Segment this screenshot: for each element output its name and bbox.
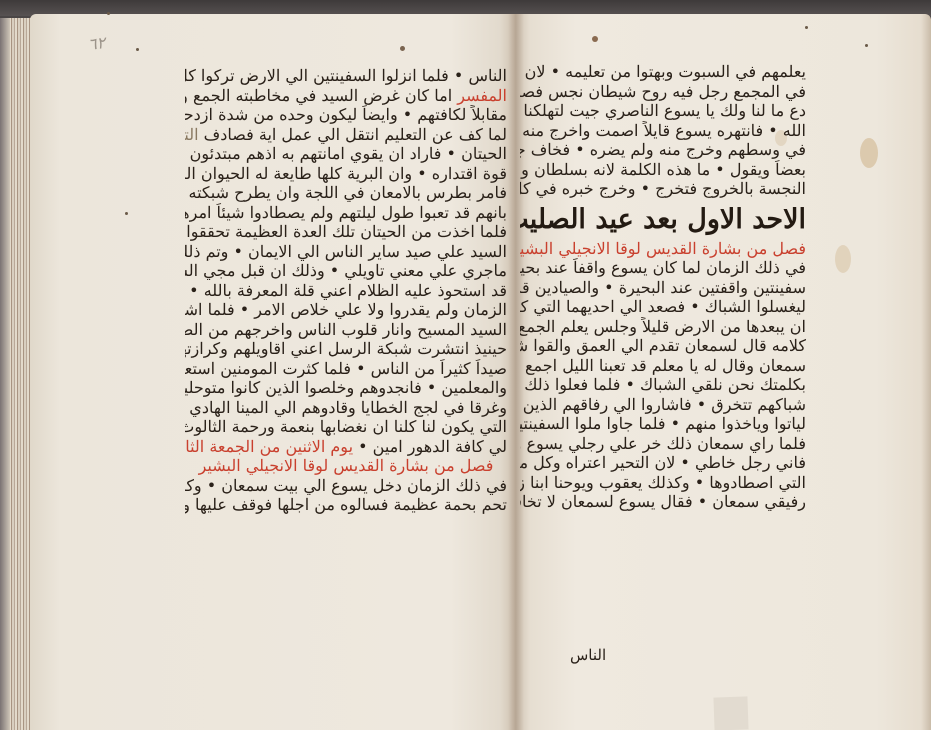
ink-spot (805, 26, 808, 29)
ink-spot (136, 48, 139, 51)
text-line: رفيقي سمعان • فقال يسوع لسمعان لا تخاف م… (520, 492, 806, 512)
text-segment: لي كافة الدهور امين • (358, 437, 507, 456)
ink-spot (400, 46, 405, 51)
text-line: دع ما لنا ولك يا يسوع الناصري جيت لتهلكن… (520, 101, 806, 121)
text-line: فامر بطرس بالامعان في اللجة وان يطرح شبك… (185, 183, 507, 203)
text-line: سمعان وقال له يا معلم قد تعبنا الليل اجم… (520, 356, 806, 376)
text-line: فلما راي سمعان ذلك خر علي رجلي يسوع وقال… (520, 434, 806, 454)
text-line: مقابلاً لكافتهم • وايضاً ليكون وحده من ش… (185, 105, 507, 125)
text-line: الحيتان • فاراد ان يقوي امانتهم به اذهم … (185, 144, 507, 164)
text-line: وغرقا في لجج الخطايا وقادوهم الي المينا … (185, 398, 507, 418)
text-segment: اما كان غرض السيد في مخاطبته الجمع وهو ف… (185, 86, 457, 105)
rubric-text: يوم الاثنين من الجمعة الثانية بعد عيد ال… (185, 437, 358, 456)
text-segment: الناس • فلما انزلوا السفينتين الي الارض … (185, 66, 507, 85)
catchword: الناس (570, 646, 606, 664)
left-page-text: الناس • فلما انزلوا السفينتين الي الارض … (185, 66, 507, 515)
text-line: الناس • فلما انزلوا السفينتين الي الارض … (185, 66, 507, 86)
water-stain (835, 245, 851, 273)
text-line: فاني رجل خاطي • لان التحير اعتراه وكل من… (520, 453, 806, 473)
text-line: لي كافة الدهور امين • يوم الاثنين من الج… (185, 437, 507, 457)
text-line: بانهم قد تعبوا طول ليلتهم ولم يصطادوا شي… (185, 203, 507, 223)
text-line: والمعلمين • فانجدوهم وخلصوا الذين كانوا … (185, 378, 507, 398)
text-line: السيد علي صيد ساير الناس الي الايمان • و… (185, 242, 507, 262)
right-page-text: يعلمهم في السبوت وبهتوا من تعليمه • لان … (520, 62, 806, 512)
text-line: شباكهم تتخرق • فاشاروا الي رفاقهم الذين … (520, 395, 806, 415)
text-line: التي يكون لنا كلنا ان نغضابها بنعمة ورحم… (185, 417, 507, 437)
text-line: صيداً كثيراً من الناس • فلما كثرت المومن… (185, 359, 507, 379)
text-line: حينيذ انتشرت شبكة الرسل اعني اقاويلهم وك… (185, 339, 507, 359)
text-line: بعضاً ويقول • ما هذه الكلمة لانه بسلطان … (520, 160, 806, 180)
text-line: قوة اقتداره • وان البرية كلها طايعة له ا… (185, 164, 507, 184)
text-line: بكلمتك نحن نلقي الشباك • فلما فعلوا ذلك … (520, 375, 806, 395)
text-line: قد استحوذ عليه الظلام اعني قلة المعرفة ب… (185, 281, 507, 301)
text-line: الزمان ولم يقدروا ولا علي خلاص الامر • ف… (185, 300, 507, 320)
text-segment: لما كف عن التعليم انتقل الي عمل اية فصاد… (199, 125, 507, 144)
text-line: لما كف عن التعليم انتقل الي عمل اية فصاد… (185, 125, 507, 145)
text-line: يعلمهم في السبوت وبهتوا من تعليمه • لان … (520, 62, 806, 82)
text-line: ماجري علي معني تاويلي • وذلك ان قبل مجي … (185, 261, 507, 281)
text-line: ان يبعدها من الارض قليلاً وجلس يعلم الجم… (520, 317, 806, 337)
text-line: في المجمع رجل فيه روح شيطان نجس فصاح بصو… (520, 82, 806, 102)
ink-spot (125, 212, 128, 215)
text-line: المفسر اما كان غرض السيد في مخاطبته الجم… (185, 86, 507, 106)
open-manuscript: ٦٢ الناس • فلما انزلوا السفينتين الي الا… (0, 0, 931, 730)
rubric-text: المفسر (457, 86, 507, 105)
text-line: سفينتين واقفتين عند البحيرة • والصيادين … (520, 278, 806, 298)
water-stain (860, 138, 878, 168)
rubric-heading: فصل من بشارة القديس لوقا الانجيلي البشير (185, 456, 507, 476)
faded-text: التلاميذ (185, 125, 199, 144)
ink-spot (592, 36, 598, 42)
text-line: كلامه قال لسمعان تقدم الي العمق والقوا ش… (520, 336, 806, 356)
text-line: الله • فانتهره يسوع قايلاً اصمت واخرج من… (520, 121, 806, 141)
text-line: التي اصطادوها • وكذلك يعقوب ويوحنا ابنا … (520, 473, 806, 493)
text-line: النجسة بالخروج فتخرج • وخرج خبره في كل م… (520, 179, 806, 199)
text-line: في ذلك الزمان لما كان يسوع واقفاً عند بح… (520, 258, 806, 278)
ink-spot (107, 12, 110, 15)
main-heading: الاحد الاول بعد عيد الصليب (520, 201, 806, 239)
text-line: السيد المسيح وانار قلوب الناس واخرجهم من… (185, 320, 507, 340)
text-line: في ذلك الزمان دخل يسوع الي بيت سمعان • و… (185, 476, 507, 496)
pencil-folio-number: ٦٢ (87, 33, 107, 54)
ink-spot (865, 44, 868, 47)
paper-tab (713, 696, 748, 730)
text-line: تحم بحمة عظيمة فسالوه من اجلها فوقف عليه… (185, 495, 507, 515)
binding (0, 18, 10, 730)
rubric-heading: فصل من بشارة القديس لوقا الانجيلي البشير (520, 239, 806, 259)
text-line: في وسطهم وخرج منه ولم يضره • فخاف جميعهم… (520, 140, 806, 160)
text-line: ليغسلوا الشباك • فصعد الي احديهما التي ك… (520, 297, 806, 317)
text-line: لياتوا وياخذوا منهم • فلما جاوا ملوا الس… (520, 414, 806, 434)
text-line: فلما اخذت من الحيتان تلك العدة العظيمة ت… (185, 222, 507, 242)
